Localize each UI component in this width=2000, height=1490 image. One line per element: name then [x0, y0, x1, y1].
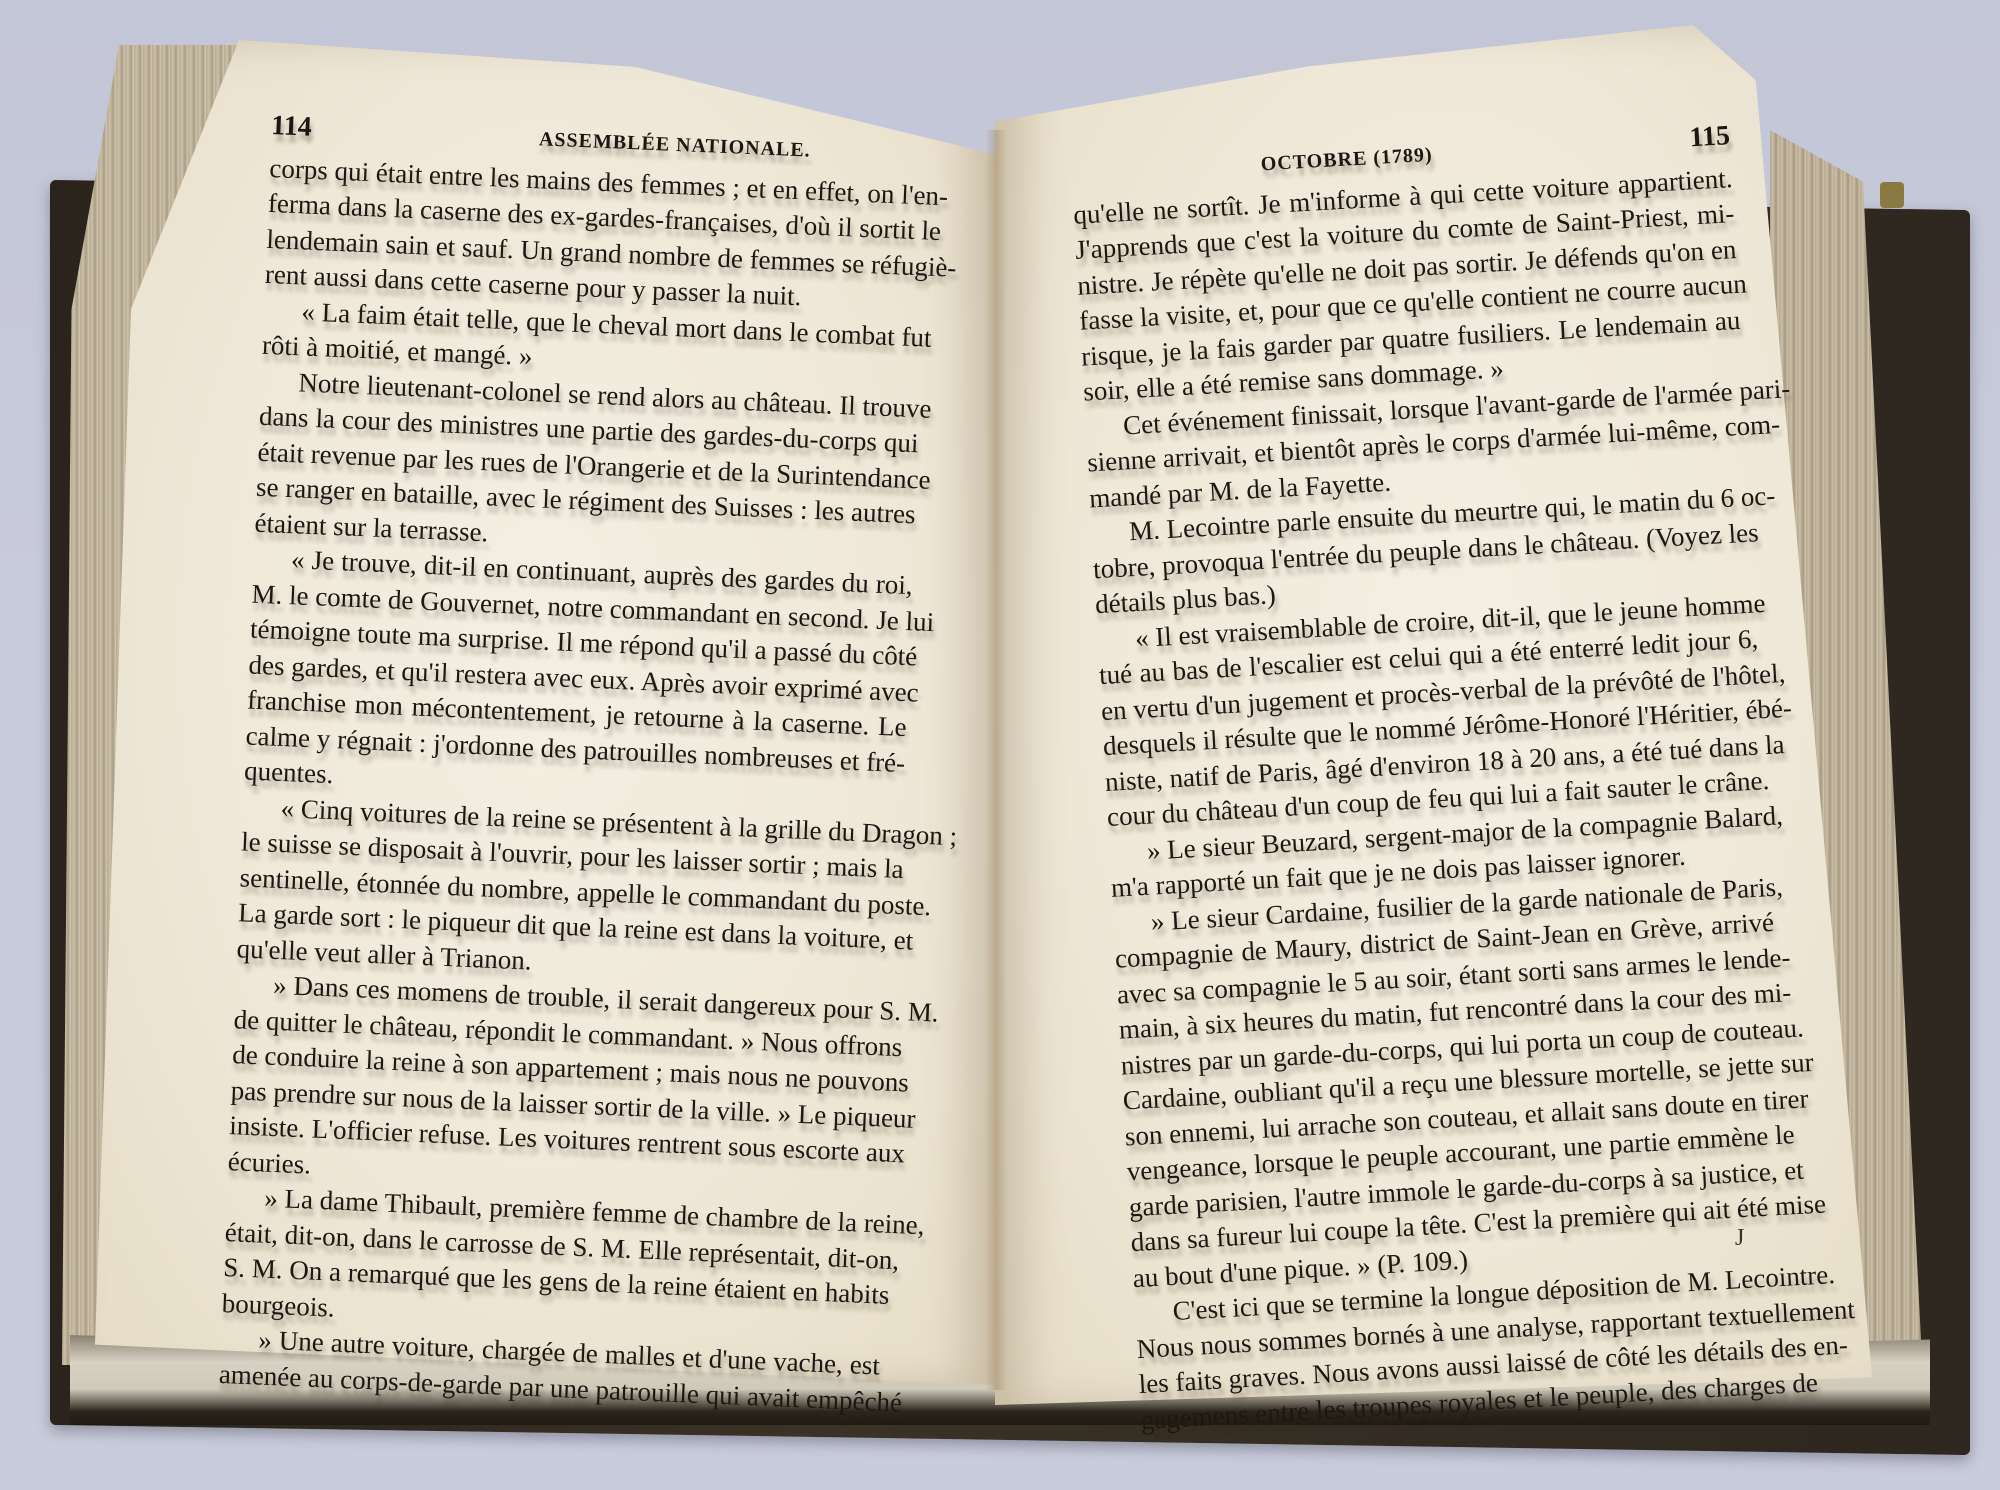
- signature-mark: J: [1735, 1225, 1744, 1252]
- right-page-number: 115: [1689, 118, 1731, 156]
- left-page-number: 114: [271, 108, 313, 145]
- book-gutter: [985, 130, 1007, 1390]
- left-running-title: ASSEMBLÉE NATIONALE.: [538, 122, 811, 169]
- cover-corner-right: [1880, 182, 1904, 208]
- left-page-text: 114 ASSEMBLÉE NATIONALE. corps qui était…: [218, 108, 931, 1420]
- open-book-photo: 114 ASSEMBLÉE NATIONALE. corps qui était…: [0, 0, 2000, 1490]
- right-page-text: OCTOBRE (1789) 115 qu'elle ne sortît. Je…: [1070, 118, 1801, 1438]
- right-running-title: OCTOBRE (1789): [1260, 138, 1434, 183]
